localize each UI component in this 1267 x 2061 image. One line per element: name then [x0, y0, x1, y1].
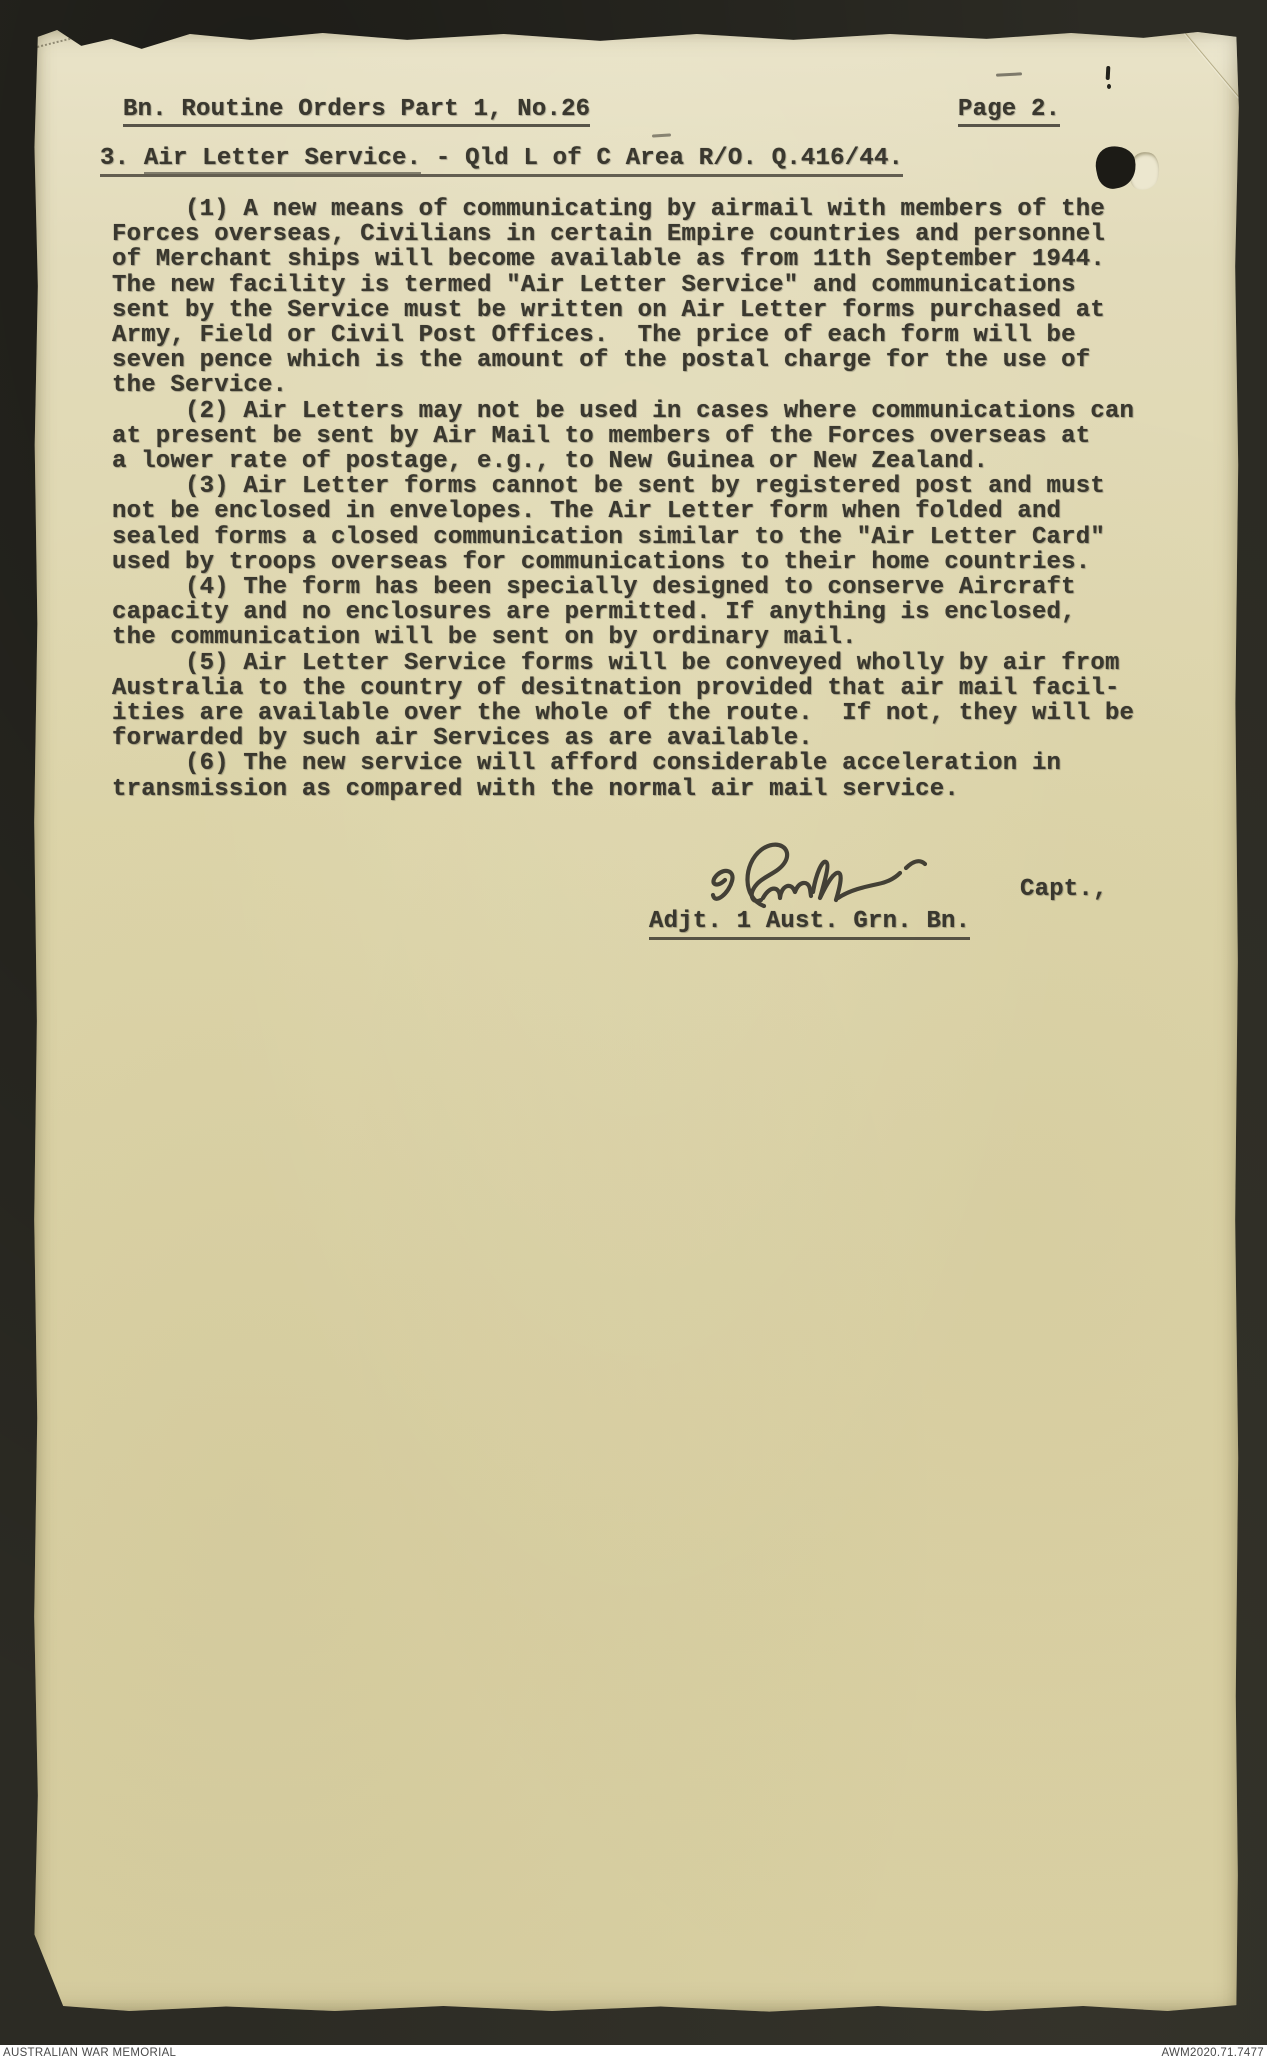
section-item-number: 3. [100, 145, 144, 172]
archive-id: AWM2020.71.7477 [1161, 2047, 1264, 2059]
typed-line: sealed forms a closed communication simi… [112, 525, 1134, 550]
pen-dash [652, 133, 671, 137]
typed-line: Australia to the country of desitnation … [112, 676, 1134, 701]
section-title: 3. Air Letter Service. - Qld L of C Area… [100, 145, 903, 177]
typed-line: Army, Field or Civil Post Offices. The p… [112, 323, 1134, 348]
order-body-text: (1) A new means of communicating by airm… [112, 197, 1134, 802]
page-number: Page 2. [958, 96, 1060, 123]
typed-line: the communication will be sent on by ord… [112, 625, 1134, 650]
ink-mark-dot [1107, 84, 1111, 89]
typed-line: at present be sent by Air Mail to member… [112, 424, 1134, 449]
typed-line: used by troops overseas for communicatio… [112, 550, 1134, 575]
signature-signoff: Adjt. 1 Aust. Grn. Bn. [649, 908, 970, 940]
orders-header: Bn. Routine Orders Part 1, No.26 [123, 96, 590, 123]
typed-line: Forces overseas, Civilians in certain Em… [112, 222, 1134, 247]
orders-header-text: Bn. Routine Orders Part 1, No.26 [123, 96, 590, 127]
typed-line: (6) The new service will afford consider… [112, 751, 1134, 776]
section-title-reference: - Qld L of C Area R/O. Q.416/44. [421, 145, 903, 172]
signature-rank: Capt., [1020, 876, 1108, 903]
section-title-service: Air Letter Service. [144, 145, 421, 174]
document-page: Bn. Routine Orders Part 1, No.26 Page 2.… [33, 28, 1240, 2014]
typed-line: transmission as compared with the normal… [112, 777, 1134, 802]
ink-mark [1106, 66, 1111, 80]
pen-dash [996, 72, 1022, 76]
typed-line: the Service. [112, 373, 1134, 398]
typed-line: seven pence which is the amount of the p… [112, 348, 1134, 373]
typed-line: forwarded by such air Services as are av… [112, 726, 1134, 751]
typed-line: sent by the Service must be written on A… [112, 298, 1134, 323]
typed-line: (5) Air Letter Service forms will be con… [112, 651, 1134, 676]
typed-line: The new facility is termed "Air Letter S… [112, 273, 1134, 298]
archive-footer: AUSTRALIAN WAR MEMORIAL AWM2020.71.7477 [0, 2045, 1267, 2061]
typed-line: (4) The form has been specially designed… [112, 575, 1134, 600]
archive-label: AUSTRALIAN WAR MEMORIAL [3, 2047, 176, 2059]
typed-line: ities are available over the whole of th… [112, 701, 1134, 726]
typed-line: (2) Air Letters may not be used in cases… [112, 399, 1134, 424]
typed-line: not be enclosed in envelopes. The Air Le… [112, 499, 1134, 524]
page-number-text: Page 2. [958, 96, 1060, 127]
typed-line: (1) A new means of communicating by airm… [112, 197, 1134, 222]
typed-line: (3) Air Letter forms cannot be sent by r… [112, 474, 1134, 499]
typed-line: of Merchant ships will become available … [112, 247, 1134, 272]
typed-line: a lower rate of postage, e.g., to New Gu… [112, 449, 1134, 474]
typed-line: capacity and no enclosures are permitted… [112, 600, 1134, 625]
